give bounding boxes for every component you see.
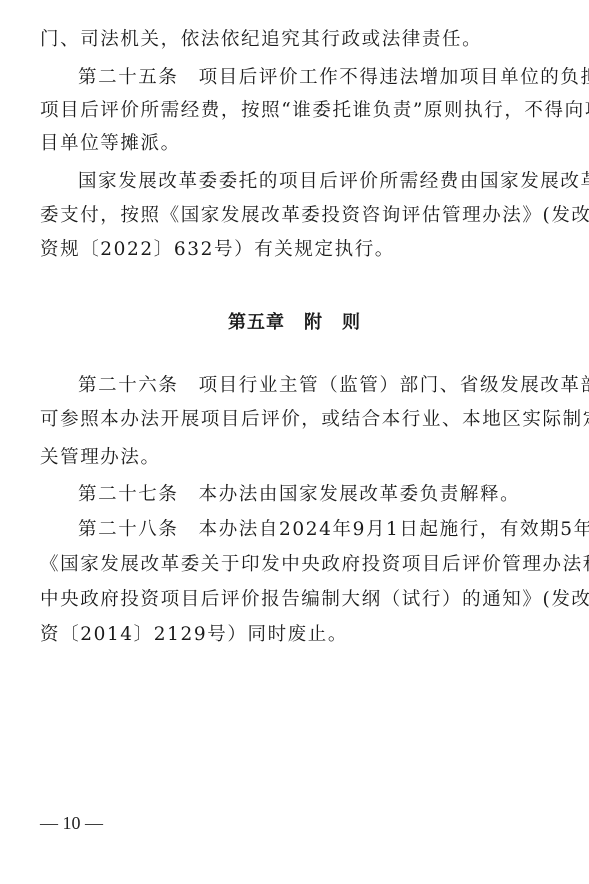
text-line: 门、司法机关，依法依纪追究其行政或法律责任。 bbox=[40, 28, 560, 52]
text-line: 资〔2014〕2129号）同时废止。 bbox=[40, 623, 560, 647]
article-26: 第二十六条 项目行业主管（监管）部门、省级发展改革部门 bbox=[78, 374, 560, 398]
text-line: 可参照本办法开展项目后评价，或结合本行业、本地区实际制定相 bbox=[40, 408, 560, 432]
text-line: 项目后评价所需经费，按照“谁委托谁负责”原则执行，不得向项 bbox=[40, 99, 560, 123]
text-line: 资规〔2022〕632号）有关规定执行。 bbox=[40, 238, 560, 262]
article-25: 第二十五条 项目后评价工作不得违法增加项目单位的负担。 bbox=[78, 66, 560, 90]
page-number: — 10 — bbox=[40, 813, 103, 834]
text-line: 《国家发展改革委关于印发中央政府投资项目后评价管理办法和 bbox=[40, 553, 560, 577]
text-line: 目单位等摊派。 bbox=[40, 132, 560, 156]
text-line: 中央政府投资项目后评价报告编制大纲（试行）的通知》(发改投 bbox=[40, 588, 560, 612]
chapter-heading: 第五章 附 则 bbox=[0, 308, 589, 334]
text-line: 关管理办法。 bbox=[40, 446, 560, 470]
text-line: 国家发展改革委委托的项目后评价所需经费由国家发展改革 bbox=[78, 170, 560, 194]
document-page: 门、司法机关，依法依纪追究其行政或法律责任。 第二十五条 项目后评价工作不得违法… bbox=[0, 0, 589, 884]
article-28: 第二十八条 本办法自2024年9月1日起施行，有效期5年。 bbox=[78, 518, 560, 542]
article-27: 第二十七条 本办法由国家发展改革委负责解释。 bbox=[78, 483, 560, 507]
text-line: 委支付，按照《国家发展改革委投资咨询评估管理办法》(发改投 bbox=[40, 204, 560, 228]
